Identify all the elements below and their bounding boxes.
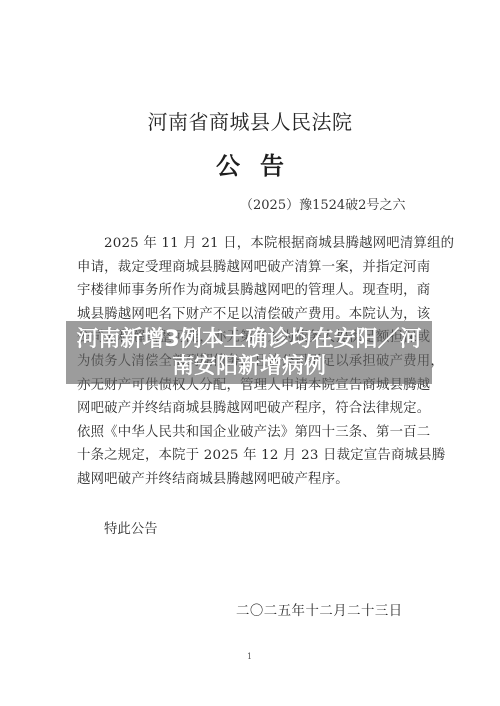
- body-line: 越网吧破产并终结商城县腾越网吧破产程序。: [77, 468, 427, 492]
- body-line: 宇楼律师事务所作为商城县腾越网吧的管理人。现查明，商: [77, 279, 427, 303]
- body-line: 网吧破产并终结商城县腾越网吧破产程序，符合法律规定。: [77, 397, 427, 421]
- issue-date: 二〇二五年十二月二十三日: [236, 600, 403, 619]
- headline-overlay: 河南新增3例本土确诊均在安阳／河 南安阳新增病例: [66, 321, 432, 384]
- court-name: 河南省商城县人民法院: [0, 106, 500, 135]
- case-number: （2025）豫1524破2号之六: [240, 194, 405, 213]
- document-page: 河南省商城县人民法院 公告 （2025）豫1524破2号之六 2025 年 11…: [0, 0, 500, 706]
- headline-line-2: 南安阳新增病例: [172, 353, 326, 380]
- body-line: 十条之规定，本院于 2025 年 12 月 23 日裁定宣告商城县腾: [77, 444, 427, 468]
- body-line: 申请，裁定受理商城县腾越网吧破产清算一案，并指定河南: [77, 256, 427, 280]
- headline-line-1: 河南新增3例本土确诊均在安阳／河: [76, 326, 421, 353]
- body-line: 2025 年 11 月 21 日，本院根据商城县腾越网吧清算组的: [77, 232, 427, 256]
- body-line: 依照《中华人民共和国企业破产法》第四十三条、第一百二: [77, 421, 427, 445]
- document-title: 公告: [0, 146, 500, 181]
- closing-statement: 特此公告: [104, 518, 158, 537]
- page-number: 1: [247, 652, 252, 661]
